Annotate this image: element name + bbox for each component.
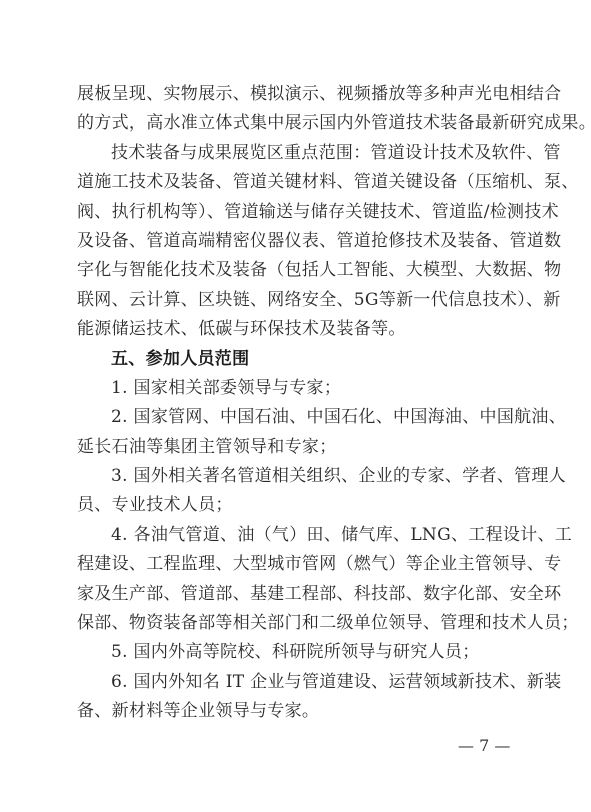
text-line: 3. 国外相关著名管道相关组织、企业的专家、学者、管理人 [77, 462, 523, 491]
list-item: 3. 国外相关著名管道相关组织、企业的专家、学者、管理人 员、专业技术人员； [77, 462, 523, 521]
participant-list: 1. 国家相关部委领导与专家； 2. 国家管网、中国石油、中国石化、中国海油、中… [77, 374, 523, 727]
text-line: 家及生产部、管道部、基建工程部、科技部、数字化部、安全环 [77, 580, 523, 609]
paragraph-exhibition-scope: 技术装备与成果展览区重点范围：管道设计技术及软件、管 道施工技术及装备、管道关键… [77, 139, 523, 345]
text-line: 及设备、管道高端精密仪器仪表、管道抢修技术及装备、管道数 [77, 227, 523, 256]
text-line: 4. 各油气管道、油（气）田、储气库、LNG、工程设计、工 [77, 521, 523, 550]
list-item: 2. 国家管网、中国石油、中国石化、中国海油、中国航油、 延长石油等集团主管领导… [77, 403, 523, 462]
list-item: 6. 国内外知名 IT 企业与管道建设、运营领域新技术、新装 备、新材料等企业领… [77, 668, 523, 727]
page-number: — 7 — [458, 736, 510, 755]
text-line: 道施工技术及装备、管道关键材料、管道关键设备（压缩机、泵、 [77, 168, 523, 197]
document-page: 展板呈现、实物展示、模拟演示、视频播放等多种声光电相结合 的方式，高水准立体式集… [0, 0, 591, 812]
section-heading: 五、参加人员范围 [77, 345, 523, 374]
text-line: 5. 国内外高等院校、科研院所领导与研究人员； [77, 638, 523, 667]
list-item: 5. 国内外高等院校、科研院所领导与研究人员； [77, 638, 523, 667]
text-line: 能源储运技术、低碳与环保技术及装备等。 [77, 315, 523, 344]
text-line: 1. 国家相关部委领导与专家； [77, 374, 523, 403]
paragraph-exhibition-methods: 展板呈现、实物展示、模拟演示、视频播放等多种声光电相结合 的方式，高水准立体式集… [77, 80, 523, 139]
text-line: 员、专业技术人员； [77, 491, 523, 520]
text-line: 阀、执行机构等）、管道输送与储存关键技术、管道监/检测技术 [77, 198, 523, 227]
list-item: 4. 各油气管道、油（气）田、储气库、LNG、工程设计、工 程建设、工程监理、大… [77, 521, 523, 639]
text-line: 技术装备与成果展览区重点范围：管道设计技术及软件、管 [77, 139, 523, 168]
text-line: 6. 国内外知名 IT 企业与管道建设、运营领域新技术、新装 [77, 668, 523, 697]
text-line: 保部、物资装备部等相关部门和二级单位领导、管理和技术人员； [77, 609, 523, 638]
list-item: 1. 国家相关部委领导与专家； [77, 374, 523, 403]
text-line: 展板呈现、实物展示、模拟演示、视频播放等多种声光电相结合 [77, 80, 523, 109]
document-body: 展板呈现、实物展示、模拟演示、视频播放等多种声光电相结合 的方式，高水准立体式集… [77, 80, 523, 727]
text-line: 延长石油等集团主管领导和专家； [77, 433, 523, 462]
text-line: 2. 国家管网、中国石油、中国石化、中国海油、中国航油、 [77, 403, 523, 432]
text-line: 程建设、工程监理、大型城市管网（燃气）等企业主管领导、专 [77, 550, 523, 579]
text-line: 联网、云计算、区块链、网络安全、5G等新一代信息技术）、新 [77, 286, 523, 315]
text-line: 字化与智能化技术及装备（包括人工智能、大模型、大数据、物 [77, 256, 523, 285]
text-line: 的方式，高水准立体式集中展示国内外管道技术装备最新研究成果。 [77, 109, 523, 138]
text-line: 备、新材料等企业领导与专家。 [77, 697, 523, 726]
